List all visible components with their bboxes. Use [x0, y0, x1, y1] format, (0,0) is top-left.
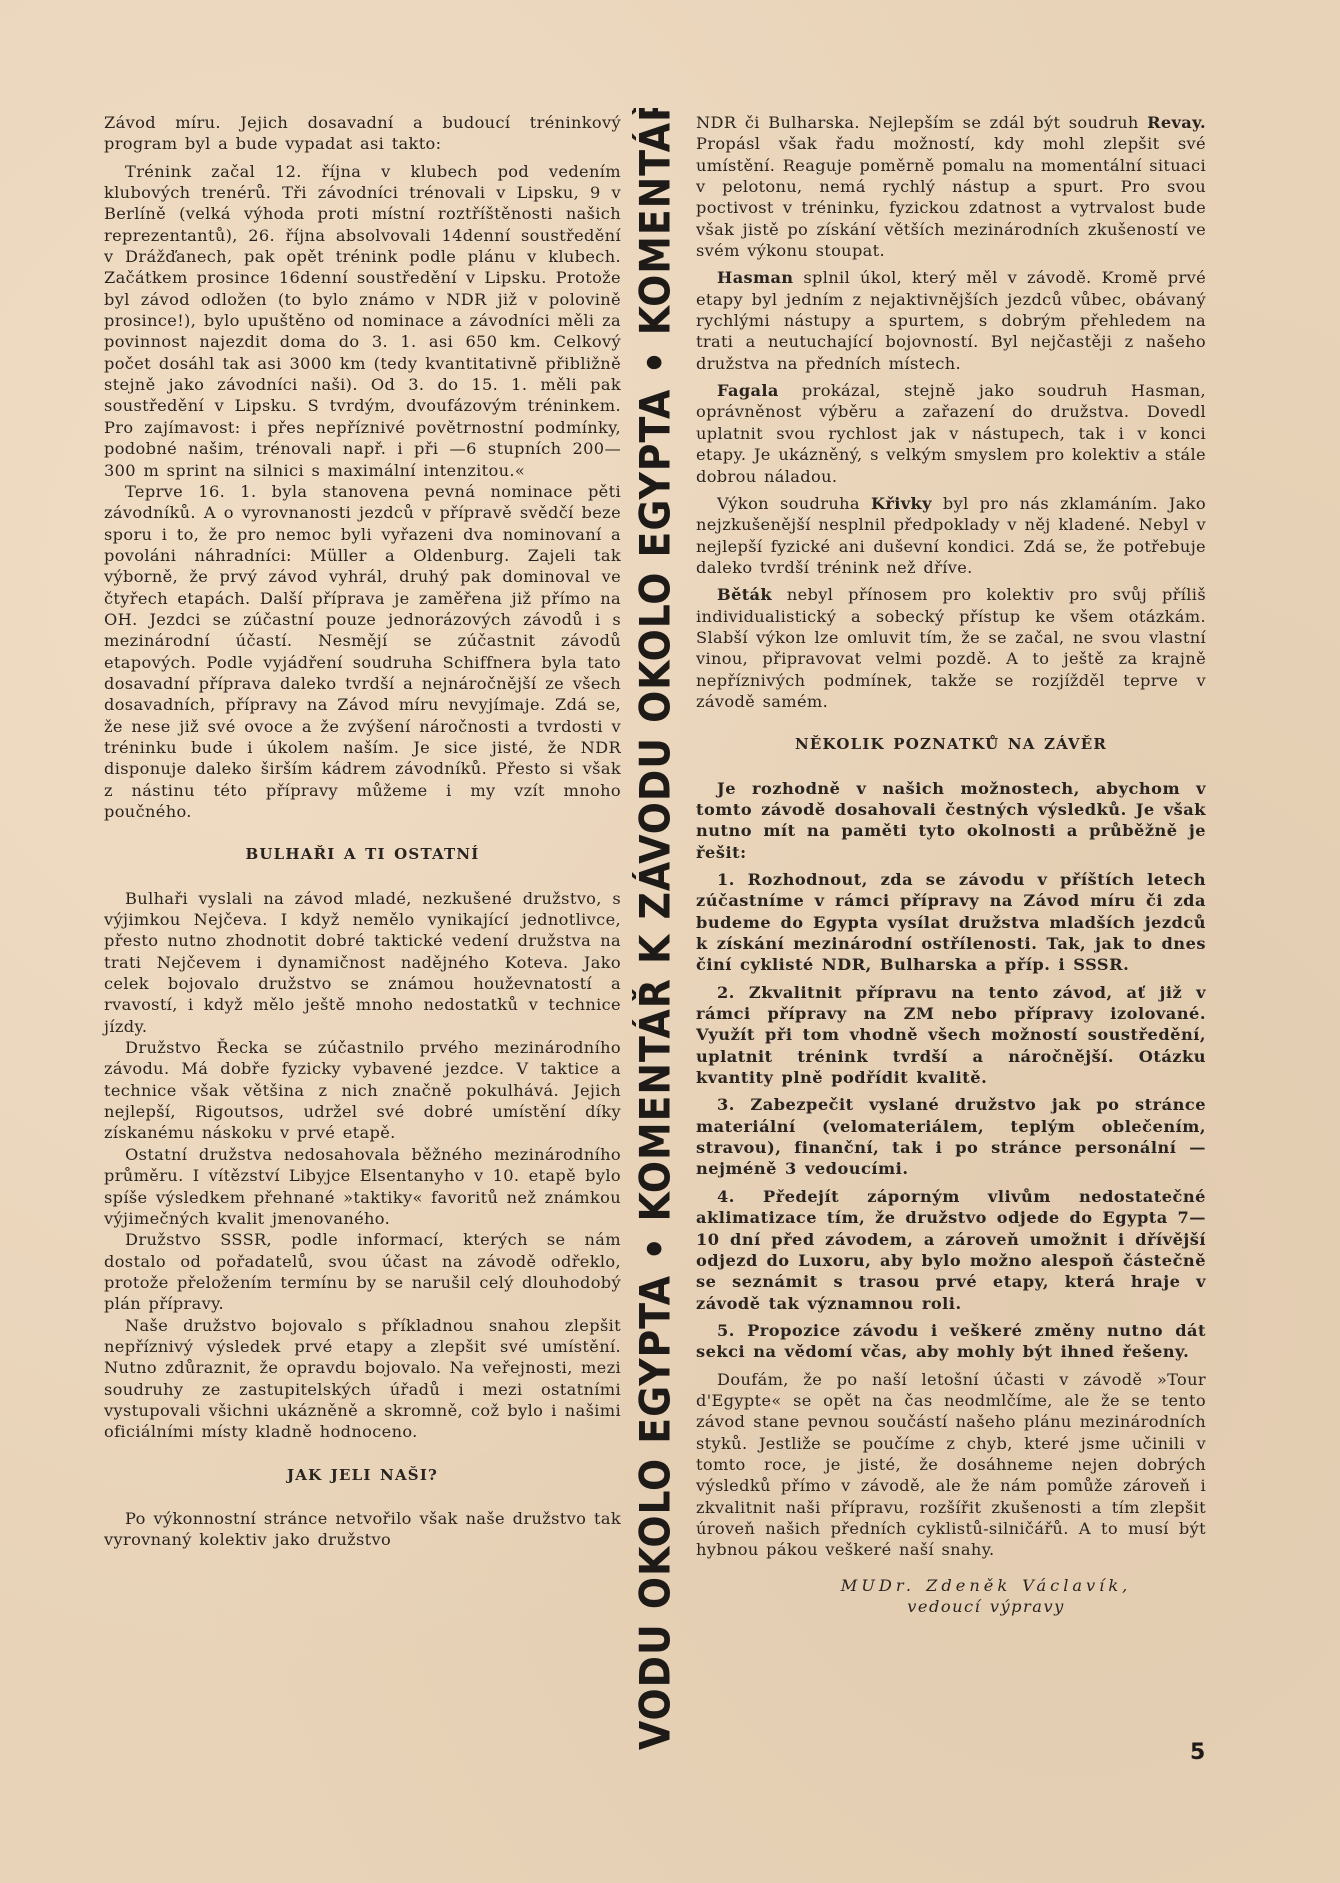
signature-role: vedoucí výpravy — [766, 1596, 1206, 1617]
vertical-banner: VODU OKOLO EGYPTA • KOMENTÁŘ K ZÁVODU OK… — [632, 108, 678, 1750]
text: nebyl přínosem pro kolektiv pro svůj pří… — [696, 585, 1206, 711]
paragraph-fagala: Fagala prokázal, stejně jako soudruh Has… — [696, 380, 1206, 487]
text: Propásl však řadu možností, kdy mohl zle… — [696, 134, 1206, 260]
conclusion-points: Je rozhodně v našich možnostech, abychom… — [696, 778, 1206, 1363]
paragraph: Po výkonnostní stránce netvořilo však na… — [104, 1508, 621, 1551]
paragraph: Družstvo Řecka se zúčastnilo prvého mezi… — [104, 1037, 621, 1144]
rider-name: Běták — [717, 585, 772, 604]
page-number: 5 — [1190, 1740, 1205, 1765]
paragraph-krivka: Výkon soudruha Křivky byl pro nás zklamá… — [696, 493, 1206, 578]
paragraph-revay: NDR či Bulharska. Nejlepším se zdál být … — [696, 112, 1206, 261]
rider-name: Fagala — [717, 381, 779, 400]
text: Výkon soudruha — [717, 494, 871, 513]
conclusion-intro: Je rozhodně v našich možnostech, abychom… — [696, 778, 1206, 863]
section-heading-bulhari: BULHAŘI A TI OSTATNÍ — [104, 844, 621, 865]
signature-name: MUDr. Zdeněk Václavík, — [766, 1575, 1206, 1596]
left-column: Závod míru. Jejich dosavadní a budoucí t… — [104, 112, 621, 1551]
paragraph: Trénink začal 12. října v klubech pod ve… — [104, 161, 621, 481]
conclusion-point: 2. Zkvalitnit přípravu na tento závod, a… — [696, 982, 1206, 1089]
signature: MUDr. Zdeněk Václavík, vedoucí výpravy — [696, 1575, 1206, 1618]
text: NDR či Bulharska. Nejlepším se zdál být … — [696, 113, 1147, 132]
closing-paragraph: Doufám, že po naší letošní účasti v závo… — [696, 1369, 1206, 1561]
conclusion-point: 5. Propozice závodu i veškeré změny nutn… — [696, 1320, 1206, 1363]
right-column: NDR či Bulharska. Nejlepším se zdál být … — [696, 112, 1206, 1617]
conclusion-point: 3. Zabezpečit vyslané družstvo jak po st… — [696, 1094, 1206, 1179]
conclusion-point: 1. Rozhodnout, zda se závodu v příštích … — [696, 869, 1206, 976]
paragraph-betak: Běták nebyl přínosem pro kolektiv pro sv… — [696, 584, 1206, 712]
paragraph: Teprve 16. 1. byla stanovena pevná nomin… — [104, 481, 621, 823]
conclusion-point: 4. Předejít záporným vlivům nedostatečné… — [696, 1186, 1206, 1314]
paragraph-hasman: Hasman splnil úkol, který měl v závodě. … — [696, 267, 1206, 374]
paragraph: Družstvo SSSR, podle informací, kterých … — [104, 1229, 621, 1314]
paragraph: Závod míru. Jejich dosavadní a budoucí t… — [104, 112, 621, 155]
paragraph: Bulhaři vyslali na závod mladé, nezkušen… — [104, 888, 621, 1037]
section-heading-jak-jeli: JAK JELI NAŠI? — [104, 1465, 621, 1486]
rider-name: Revay. — [1147, 113, 1206, 132]
banner-text: VODU OKOLO EGYPTA • KOMENTÁŘ K ZÁVODU OK… — [632, 108, 678, 1750]
section-heading-zaver: NĚKOLIK POZNATKŮ NA ZÁVĚR — [696, 734, 1206, 755]
rider-name: Hasman — [717, 268, 793, 287]
paragraph: Naše družstvo bojovalo s příkladnou snah… — [104, 1315, 621, 1443]
paragraph: Ostatní družstva nedosahovala běžného me… — [104, 1144, 621, 1229]
rider-name: Křivky — [871, 494, 932, 513]
